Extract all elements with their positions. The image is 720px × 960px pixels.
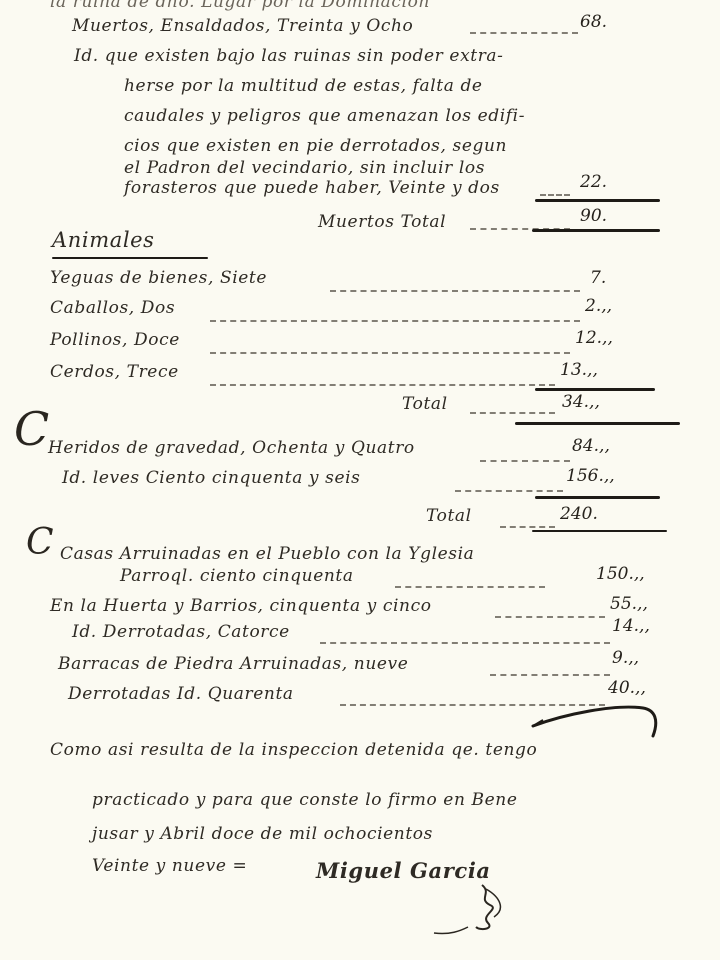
sum-rule (532, 530, 667, 532)
houses-value-1: 150.,, (596, 564, 645, 584)
houses-item-0: Casas Arruinadas en el Pueblo con la Ygl… (60, 544, 474, 564)
wounded-value-0: 84.,, (572, 436, 610, 456)
wounded-item-1: Id. leves Ciento cinquenta y seis (62, 468, 361, 488)
wounded-value-1: 156.,, (566, 466, 615, 486)
leader-dots (320, 640, 610, 644)
houses-value-3: 14.,, (612, 616, 650, 636)
dead-total-label: Muertos Total (318, 212, 446, 232)
dead-total-value: 90. (580, 206, 607, 226)
leader-dots (490, 672, 610, 676)
sum-rule (515, 422, 680, 425)
leader-dots (210, 382, 555, 386)
houses-value-4: 9.,, (612, 648, 639, 668)
leader-dots (480, 458, 570, 462)
manuscript-page: la ruina de dho. Lugar por la Dominacion… (0, 0, 720, 960)
houses-item-5: Derrotadas Id. Quarenta (68, 684, 294, 704)
dead-line-4: cios que existen en pie derrotados, segu… (124, 136, 507, 156)
leader-dots (210, 350, 570, 354)
livestock-value-1: 2.,, (585, 296, 612, 316)
leader-dots (470, 30, 578, 34)
livestock-item-3: Cerdos, Trece (50, 362, 179, 382)
closing-line-3: Veinte y nueve = (92, 856, 247, 876)
houses-item-3: Id. Derrotadas, Catorce (72, 622, 290, 642)
livestock-item-1: Caballos, Dos (50, 298, 175, 318)
leader-dots (210, 318, 580, 322)
leader-dots (470, 410, 555, 414)
houses-value-5: 40.,, (608, 678, 646, 698)
dead-line-2: herse por la multitud de estas, falta de (124, 76, 483, 96)
dead-line-3: caudales y peligros que amenazan los edi… (124, 106, 525, 126)
heading-underline (52, 257, 208, 259)
wounded-item-0: Heridos de gravedad, Ochenta y Quatro (48, 438, 415, 458)
leader-dots (455, 488, 563, 492)
livestock-heading: Animales (52, 228, 155, 252)
decorative-initial: C (26, 522, 54, 563)
houses-value-2: 55.,, (610, 594, 648, 614)
houses-item-2: En la Huerta y Barrios, cinquenta y cinc… (50, 596, 432, 616)
decorative-initial: C (14, 402, 49, 456)
sum-rule (535, 496, 660, 499)
sum-rule (532, 229, 660, 232)
leader-dots (540, 192, 570, 196)
dead-line-1: Id. que existen bajo las ruinas sin pode… (74, 46, 504, 66)
top-fragment-line: la ruina de dho. Lugar por la Dominacion (50, 0, 430, 12)
livestock-total-value: 34.,, (562, 392, 600, 412)
sum-rule (535, 199, 660, 202)
dead-value-0: 68. (580, 12, 607, 32)
closing-line-2: jusar y Abril doce de mil ochocientos (92, 824, 433, 844)
houses-item-1: Parroql. ciento cinquenta (120, 566, 354, 586)
livestock-value-2: 12.,, (575, 328, 613, 348)
sum-rule (535, 388, 655, 391)
houses-item-4: Barracas de Piedra Arruinadas, nueve (58, 654, 408, 674)
livestock-value-0: 7. (590, 268, 606, 288)
leader-dots (330, 288, 580, 292)
wounded-total-label: Total (426, 506, 472, 526)
dead-line-5: el Padron del vecindario, sin incluir lo… (124, 158, 485, 178)
livestock-value-3: 13.,, (560, 360, 598, 380)
livestock-item-0: Yeguas de bienes, Siete (50, 268, 267, 288)
dead-value-6: 22. (580, 172, 607, 192)
closing-line-0: Como asi resulta de la inspeccion deteni… (50, 740, 537, 760)
livestock-item-2: Pollinos, Doce (50, 330, 180, 350)
leader-dots (500, 524, 555, 528)
leader-dots (495, 614, 605, 618)
dead-line-6: forasteros que puede haber, Veinte y dos (124, 178, 500, 198)
leader-dots (395, 584, 545, 588)
wounded-total-value: 240. (560, 504, 598, 524)
rubric-icon (420, 875, 530, 940)
closing-flourish (525, 700, 660, 740)
livestock-total-label: Total (402, 394, 448, 414)
closing-line-1: practicado y para que conste lo firmo en… (92, 790, 518, 810)
dead-line-0: Muertos, Ensaldados, Treinta y Ocho (72, 16, 413, 36)
